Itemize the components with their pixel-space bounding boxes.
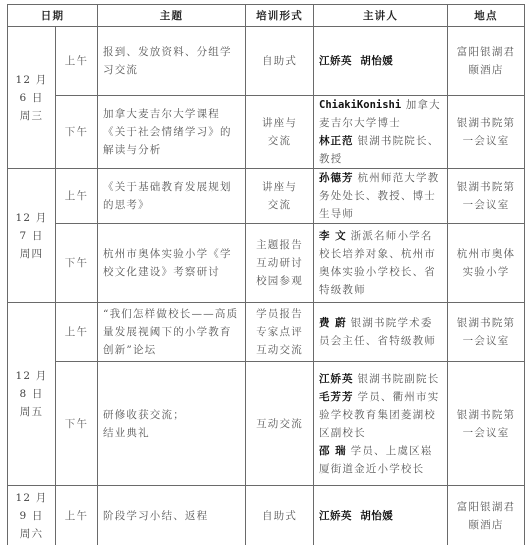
date-cell: 12 月 9 日 周六 <box>8 486 56 545</box>
date-day: 6 日 <box>13 89 50 107</box>
location-cell: 富阳银湖君颐酒店 <box>448 486 525 545</box>
training-schedule-table: 日期 主题 培训形式 主讲人 地点 12 月 6 日 周三 上午 报到、发放资料… <box>7 4 525 545</box>
format-line: 校园参观 <box>251 272 308 290</box>
location-cell: 银湖书院第一会议室 <box>448 362 525 486</box>
table-row: 12 月 6 日 周三 上午 报到、发放资料、分组学习交流 自助式 江娇英 胡怡… <box>8 27 525 96</box>
format-line: 主题报告 <box>251 236 308 254</box>
format-cell: 互动交流 <box>246 362 314 486</box>
date-day: 9 日 <box>13 507 50 525</box>
date-weekday: 周四 <box>13 245 50 263</box>
table-row: 下午 研修收获交流； 结业典礼 互动交流 江娇英银湖书院副院长 毛芳芳学员、衢州… <box>8 362 525 486</box>
location-cell: 杭州市奥体实验小学 <box>448 224 525 303</box>
format-line: 自助式 <box>251 507 308 525</box>
speaker-name: 孙德芳 <box>319 172 354 184</box>
location-cell: 银湖书院第一会议室 <box>448 303 525 362</box>
period-cell: 下午 <box>56 224 98 303</box>
period-cell: 下午 <box>56 362 98 486</box>
date-weekday: 周三 <box>13 107 50 125</box>
topic-cell: 加拿大麦吉尔大学课程《关于社会情绪学习》的解读与分析 <box>98 96 246 169</box>
speaker-entry: 林正范银湖书院院长、教授 <box>319 132 442 168</box>
speaker-title: 银湖书院副院长 <box>358 373 440 385</box>
format-cell: 讲座与 交流 <box>246 169 314 224</box>
speaker-names: 江娇英 胡怡媛 <box>319 55 393 67</box>
date-weekday: 周六 <box>13 525 50 543</box>
date-cell: 12 月 6 日 周三 <box>8 27 56 169</box>
topic-cell: 研修收获交流； 结业典礼 <box>98 362 246 486</box>
format-line: 交流 <box>251 132 308 150</box>
header-date: 日期 <box>8 5 98 27</box>
speaker-name: 林正范 <box>319 135 354 147</box>
format-cell: 主题报告 互动研讨 校园参观 <box>246 224 314 303</box>
speaker-cell: 费 蔚银湖书院学术委员会主任、省特级教师 <box>314 303 448 362</box>
table-row: 下午 杭州市奥体实验小学《学校文化建设》考察研讨 主题报告 互动研讨 校园参观 … <box>8 224 525 303</box>
date-cell: 12 月 8 日 周五 <box>8 303 56 486</box>
header-format: 培训形式 <box>246 5 314 27</box>
format-cell: 学员报告 专家点评 互动交流 <box>246 303 314 362</box>
speaker-entry: 费 蔚银湖书院学术委员会主任、省特级教师 <box>319 314 442 350</box>
date-weekday: 周五 <box>13 403 50 421</box>
date-month: 12 月 <box>13 71 50 89</box>
period-cell: 上午 <box>56 303 98 362</box>
header-location: 地点 <box>448 5 525 27</box>
format-line: 自助式 <box>251 52 308 70</box>
format-line: 互动研讨 <box>251 254 308 272</box>
speaker-cell: 孙德芳杭州师范大学教务处处长、教授、博士生导师 <box>314 169 448 224</box>
topic-cell: 阶段学习小结、返程 <box>98 486 246 545</box>
table-row: 下午 加拿大麦吉尔大学课程《关于社会情绪学习》的解读与分析 讲座与 交流 Chi… <box>8 96 525 169</box>
format-line: 讲座与 <box>251 178 308 196</box>
location-cell: 银湖书院第一会议室 <box>448 96 525 169</box>
format-line: 交流 <box>251 196 308 214</box>
format-line: 讲座与 <box>251 114 308 132</box>
speaker-entry: 孙德芳杭州师范大学教务处处长、教授、博士生导师 <box>319 169 442 223</box>
speaker-cell: 江娇英 胡怡媛 <box>314 27 448 96</box>
speaker-cell: 江娇英银湖书院副院长 毛芳芳学员、衢州市实验学校教育集团菱湖校区副校长 邵 瑞学… <box>314 362 448 486</box>
speaker-name: 毛芳芳 <box>319 391 354 403</box>
topic-cell: 杭州市奥体实验小学《学校文化建设》考察研讨 <box>98 224 246 303</box>
header-speaker: 主讲人 <box>314 5 448 27</box>
format-line: 学员报告 <box>251 305 308 323</box>
date-day: 8 日 <box>13 385 50 403</box>
format-cell: 讲座与 交流 <box>246 96 314 169</box>
topic-line: 研修收获交流； <box>103 406 240 424</box>
location-cell: 富阳银湖君颐酒店 <box>448 27 525 96</box>
speaker-cell: 江娇英 胡怡媛 <box>314 486 448 545</box>
speaker-names: 江娇英 胡怡媛 <box>319 510 393 522</box>
format-line: 专家点评 <box>251 323 308 341</box>
date-day: 7 日 <box>13 227 50 245</box>
header-topic: 主题 <box>98 5 246 27</box>
period-cell: 下午 <box>56 96 98 169</box>
speaker-name: 邵 瑞 <box>319 445 347 457</box>
table-row: 12 月 8 日 周五 上午 “我们怎样做校长——高质量发展视阈下的小学教育创新… <box>8 303 525 362</box>
format-cell: 自助式 <box>246 486 314 545</box>
header-row: 日期 主题 培训形式 主讲人 地点 <box>8 5 525 27</box>
speaker-name: 李 文 <box>319 230 347 242</box>
topic-cell: 报到、发放资料、分组学习交流 <box>98 27 246 96</box>
format-line: 互动交流 <box>251 341 308 359</box>
speaker-cell: 李 文浙派名师小学名校长培养对象、杭州市奥体实验小学校长、省特级教师 <box>314 224 448 303</box>
speaker-entry: ChiakiKonishi 加拿大麦吉尔大学博士 <box>319 96 442 132</box>
speaker-entry: 毛芳芳学员、衢州市实验学校教育集团菱湖校区副校长 <box>319 388 442 442</box>
speaker-entry: 邵 瑞学员、上虞区崧厦街道金近小学校长 <box>319 442 442 478</box>
table-row: 12 月 7 日 周四 上午 《关于基础教育发展规划的思考》 讲座与 交流 孙德… <box>8 169 525 224</box>
topic-cell: 《关于基础教育发展规划的思考》 <box>98 169 246 224</box>
speaker-entry: 江娇英银湖书院副院长 <box>319 370 442 388</box>
speaker-cell: ChiakiKonishi 加拿大麦吉尔大学博士 林正范银湖书院院长、教授 <box>314 96 448 169</box>
speaker-name: 江娇英 <box>319 373 354 385</box>
date-cell: 12 月 7 日 周四 <box>8 169 56 303</box>
location-cell: 银湖书院第一会议室 <box>448 169 525 224</box>
topic-line: 结业典礼 <box>103 424 240 442</box>
speaker-entry: 李 文浙派名师小学名校长培养对象、杭州市奥体实验小学校长、省特级教师 <box>319 227 442 299</box>
date-month: 12 月 <box>13 367 50 385</box>
date-month: 12 月 <box>13 489 50 507</box>
speaker-name: 费 蔚 <box>319 317 347 329</box>
format-line: 互动交流 <box>251 415 308 433</box>
date-month: 12 月 <box>13 209 50 227</box>
topic-cell: “我们怎样做校长——高质量发展视阈下的小学教育创新”论坛 <box>98 303 246 362</box>
speaker-name: ChiakiKonishi <box>319 99 401 111</box>
table-row: 12 月 9 日 周六 上午 阶段学习小结、返程 自助式 江娇英 胡怡媛 富阳银… <box>8 486 525 545</box>
format-cell: 自助式 <box>246 27 314 96</box>
period-cell: 上午 <box>56 169 98 224</box>
period-cell: 上午 <box>56 27 98 96</box>
period-cell: 上午 <box>56 486 98 545</box>
